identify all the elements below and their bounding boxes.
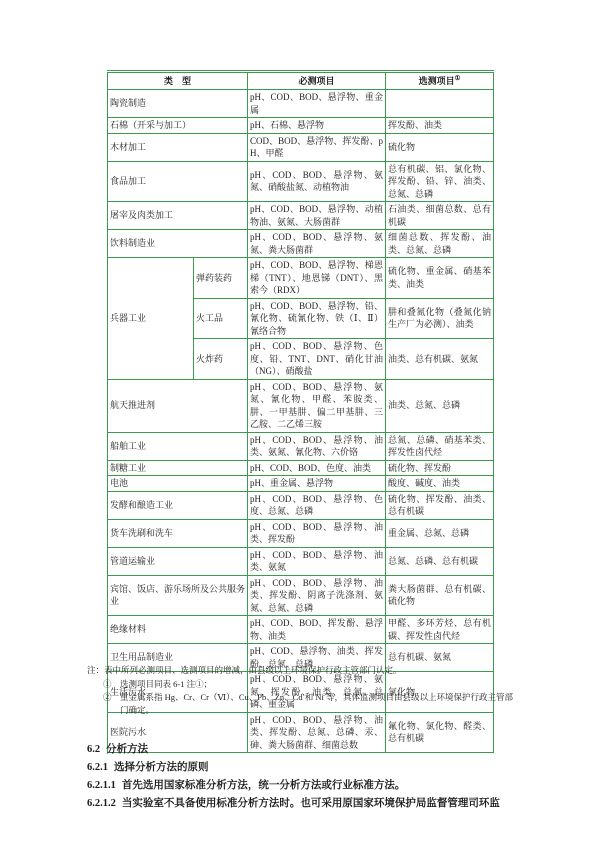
industry-subtype-cell: 弹药装药 — [194, 258, 248, 299]
header-required: 必测项目 — [248, 72, 386, 90]
table-row: 航天推进剂 pH、COD、BOD、悬浮物、氨氮、氰化物、甲醛、苯胺类、肼、一甲基… — [108, 379, 494, 432]
table-header-row: 类 型 必测项目 选测项目① — [108, 72, 494, 90]
table-row: 食品加工 pH、COD、BOD、悬浮物、氨氮、硝酸盐氮、动植物油 总有机碳、铝、… — [108, 161, 494, 202]
required-items-cell: pH、COD、BOD、悬浮物、油类、氨氮、氰化物、六价铬 — [248, 432, 386, 460]
optional-items-cell: 硫化物 — [386, 133, 494, 161]
required-items-cell: pH、COD、BOD、悬浮物、色度、铅、TNT、DNT、硝化甘油（NG）、硝酸盐 — [248, 339, 386, 380]
industry-type-cell: 航天推进剂 — [108, 379, 248, 432]
optional-items-cell: 细菌总数、挥发酚、油类、总氮、总磷 — [386, 230, 494, 258]
section-heading-6-2: 6.2分析方法 — [87, 741, 557, 759]
optional-items-cell: 总氮、总磷、总有机碳 — [386, 547, 494, 575]
optional-items-cell: 石油类、细菌总数、总有机碳 — [386, 202, 494, 230]
footnote-label: 注： — [87, 665, 104, 675]
table-row: 木材加工 COD、BOD、悬浮物、挥发酚、pH、甲醛 硫化物 — [108, 133, 494, 161]
industry-type-cell: 发酵和酿造工业 — [108, 491, 248, 519]
optional-items-cell: 粪大肠菌群、总有机碳、硫化物 — [386, 575, 494, 616]
header-optional: 选测项目① — [386, 72, 494, 90]
optional-items-cell: 重金属、总氮、总磷 — [386, 519, 494, 547]
required-items-cell: pH、COD、BOD、悬浮物、重金属 — [248, 90, 386, 118]
table-row: 屠宰及肉类加工 pH、COD、BOD、悬浮物、动植物油、氨氮、大肠菌群 石油类、… — [108, 202, 494, 230]
required-items-cell: pH、COD、BOD、悬浮物、色度、总氮、总磷 — [248, 491, 386, 519]
industry-type-cell: 饮料制造业 — [108, 230, 248, 258]
required-items-cell: pH、COD、BOD、悬浮物、油类、挥发酚、阴离子洗涤剂、氨氮、总氮、总磷 — [248, 575, 386, 616]
clause-number: 6.2.1.2 — [87, 798, 116, 809]
optional-items-cell: 甲醛、多环芳烃、总有机碳、挥发性卤代烃 — [386, 616, 494, 644]
body-text: 6.2分析方法 6.2.1选择分析方法的原则 6.2.1.1首先选用国家标准分析… — [87, 741, 557, 813]
industry-type-cell: 制糖工业 — [108, 460, 248, 476]
header-optional-label: 选测项目 — [419, 76, 455, 86]
table-row: 货车洗刷和洗车 pH、COD、BOD、悬浮物、油类、挥发酚 重金属、总氮、总磷 — [108, 519, 494, 547]
section-title: 选择分析方法的原则 — [114, 762, 209, 773]
required-items-cell: pH、COD、BOD、悬浮物、氨氮、粪大肠菌群 — [248, 230, 386, 258]
footnote-marker: ① — [455, 75, 461, 82]
required-items-cell: pH、COD、BOD、悬浮物、油类、氨氮 — [248, 547, 386, 575]
table-row: 船舶工业 pH、COD、BOD、悬浮物、油类、氨氮、氰化物、六价铬 总氮、总磷、… — [108, 432, 494, 460]
table-row: 饮料制造业 pH、COD、BOD、悬浮物、氨氮、粪大肠菌群 细菌总数、挥发酚、油… — [108, 230, 494, 258]
table-row: 绝缘材料 pH、COD、BOD、挥发酚、悬浮物、油类 甲醛、多环芳烃、总有机碳、… — [108, 616, 494, 644]
clause-6-2-1-1: 6.2.1.1首先选用国家标准分析方法，统一分析方法或行业标准方法。 — [87, 777, 557, 795]
industry-subtype-cell: 火炸药 — [194, 339, 248, 380]
document-page: 类 型 必测项目 选测项目① 陶瓷制造 pH、COD、BOD、悬浮物、重金属 石… — [0, 0, 600, 848]
footnote-1: ① 选测项目同表 6-1 注①； — [103, 678, 519, 691]
optional-items-cell: 硫化物、重金属、硝基苯类、油类 — [386, 258, 494, 299]
industry-group-cell: 兵器工业 — [108, 258, 194, 380]
optional-items-cell: 肼和叠氮化物（叠氮化钠生产厂为必测）、油类 — [386, 298, 494, 339]
table-row: 制糖工业 pH、COD、BOD、色度、油类 硫化物、挥发酚 — [108, 460, 494, 476]
industry-type-cell: 木材加工 — [108, 133, 248, 161]
footnote-2: ② 重金属系指 Hg、Cr、Cr（Ⅵ）、Cu、Pb、Zn、Cd 和 Ni 等，具… — [103, 691, 519, 716]
table-row: 宾馆、饭店、游乐场所及公共服务业 pH、COD、BOD、悬浮物、油类、挥发酚、阴… — [108, 575, 494, 616]
required-items-cell: pH、COD、BOD、色度、油类 — [248, 460, 386, 476]
optional-items-cell: 硫化物、挥发酚 — [386, 460, 494, 476]
industry-type-cell: 宾馆、饭店、游乐场所及公共服务业 — [108, 575, 248, 616]
table-footnotes: 注：表中所列必测项目、选测项目的增减，由县级以上环境保护行政主管部门认定。 ① … — [87, 664, 519, 716]
clause-text: 首先选用国家标准分析方法，统一分析方法或行业标准方法。 — [122, 780, 406, 791]
optional-items-cell: 总氮、总磷、硝基苯类、挥发性卤代烃 — [386, 432, 494, 460]
table-row-group: 兵器工业 弹药装药 pH、COD、BOD、悬浮物、梯恩梯（TNT）、地恩锑（DN… — [108, 258, 494, 299]
optional-items-cell: 总有机碳、铝、氯化物、挥发酚、铅、锌、油类、总氮、总磷 — [386, 161, 494, 202]
table-row: 发酵和酿造工业 pH、COD、BOD、悬浮物、色度、总氮、总磷 硫化物、挥发酚、… — [108, 491, 494, 519]
required-items-cell: pH、COD、BOD、悬浮物、氨氮、硝酸盐氮、动植物油 — [248, 161, 386, 202]
industry-type-cell: 货车洗刷和洗车 — [108, 519, 248, 547]
optional-items-cell: 酸度、碱度、油类 — [386, 476, 494, 492]
required-items-cell: pH、COD、BOD、悬浮物、油类、挥发酚 — [248, 519, 386, 547]
industry-type-cell: 石棉（开采与加工） — [108, 118, 248, 134]
required-items-cell: pH、重金属、悬浮物 — [248, 476, 386, 492]
industry-type-cell: 屠宰及肉类加工 — [108, 202, 248, 230]
clause-text: 当实验室不具备使用标准分析方法时。也可采用原国家环境保护局监督管理司环监 — [122, 798, 500, 809]
industry-type-cell: 电池 — [108, 476, 248, 492]
required-items-cell: pH、COD、BOD、悬浮物、氨氮、氰化物、甲醛、苯胺类、肼、一甲基肼、偏二甲基… — [248, 379, 386, 432]
required-items-cell: pH、石棉、悬浮物 — [248, 118, 386, 134]
required-items-cell: pH、COD、BOD、挥发酚、悬浮物、油类 — [248, 616, 386, 644]
table-row: 电池 pH、重金属、悬浮物 酸度、碱度、油类 — [108, 476, 494, 492]
section-title: 分析方法 — [106, 744, 148, 755]
footnote-main: 注：表中所列必测项目、选测项目的增减，由县级以上环境保护行政主管部门认定。 — [87, 664, 519, 677]
industry-subtype-cell: 火工品 — [194, 298, 248, 339]
optional-items-cell: 油类、总氮、总磷 — [386, 379, 494, 432]
required-items-cell: pH、COD、BOD、悬浮物、动植物油、氨氮、大肠菌群 — [248, 202, 386, 230]
industry-type-cell: 绝缘材料 — [108, 616, 248, 644]
header-type: 类 型 — [108, 72, 248, 90]
industry-type-cell: 陶瓷制造 — [108, 90, 248, 118]
industry-type-cell: 食品加工 — [108, 161, 248, 202]
footnote-main-text: 表中所列必测项目、选测项目的增减，由县级以上环境保护行政主管部门认定。 — [104, 665, 402, 675]
clause-number: 6.2.1.1 — [87, 780, 116, 791]
clause-6-2-1-2: 6.2.1.2当实验室不具备使用标准分析方法时。也可采用原国家环境保护局监督管理… — [87, 795, 557, 813]
section-heading-6-2-1: 6.2.1选择分析方法的原则 — [87, 759, 557, 777]
table-row: 石棉（开采与加工） pH、石棉、悬浮物 挥发酚、油类 — [108, 118, 494, 134]
optional-items-cell: 硫化物、挥发酚、油类、总有机碳 — [386, 491, 494, 519]
required-items-cell: pH、COD、BOD、悬浮物、梯恩梯（TNT）、地恩锑（DNT）、黑索今（RDX… — [248, 258, 386, 299]
required-items-cell: pH、COD、BOD、悬浮物、铅、氰化物、硫氰化物、铁（Ⅰ、Ⅱ）氰络合物 — [248, 298, 386, 339]
optional-items-cell: 挥发酚、油类 — [386, 118, 494, 134]
section-number: 6.2.1 — [87, 762, 108, 773]
table-row: 陶瓷制造 pH、COD、BOD、悬浮物、重金属 — [108, 90, 494, 118]
monitoring-items-table: 类 型 必测项目 选测项目① 陶瓷制造 pH、COD、BOD、悬浮物、重金属 石… — [107, 70, 494, 753]
optional-items-cell — [386, 90, 494, 118]
optional-items-cell: 油类、总有机碳、氨氮 — [386, 339, 494, 380]
industry-type-cell: 管道运输业 — [108, 547, 248, 575]
table-row: 管道运输业 pH、COD、BOD、悬浮物、油类、氨氮 总氮、总磷、总有机碳 — [108, 547, 494, 575]
required-items-cell: COD、BOD、悬浮物、挥发酚、pH、甲醛 — [248, 133, 386, 161]
section-number: 6.2 — [87, 744, 100, 755]
industry-type-cell: 船舶工业 — [108, 432, 248, 460]
